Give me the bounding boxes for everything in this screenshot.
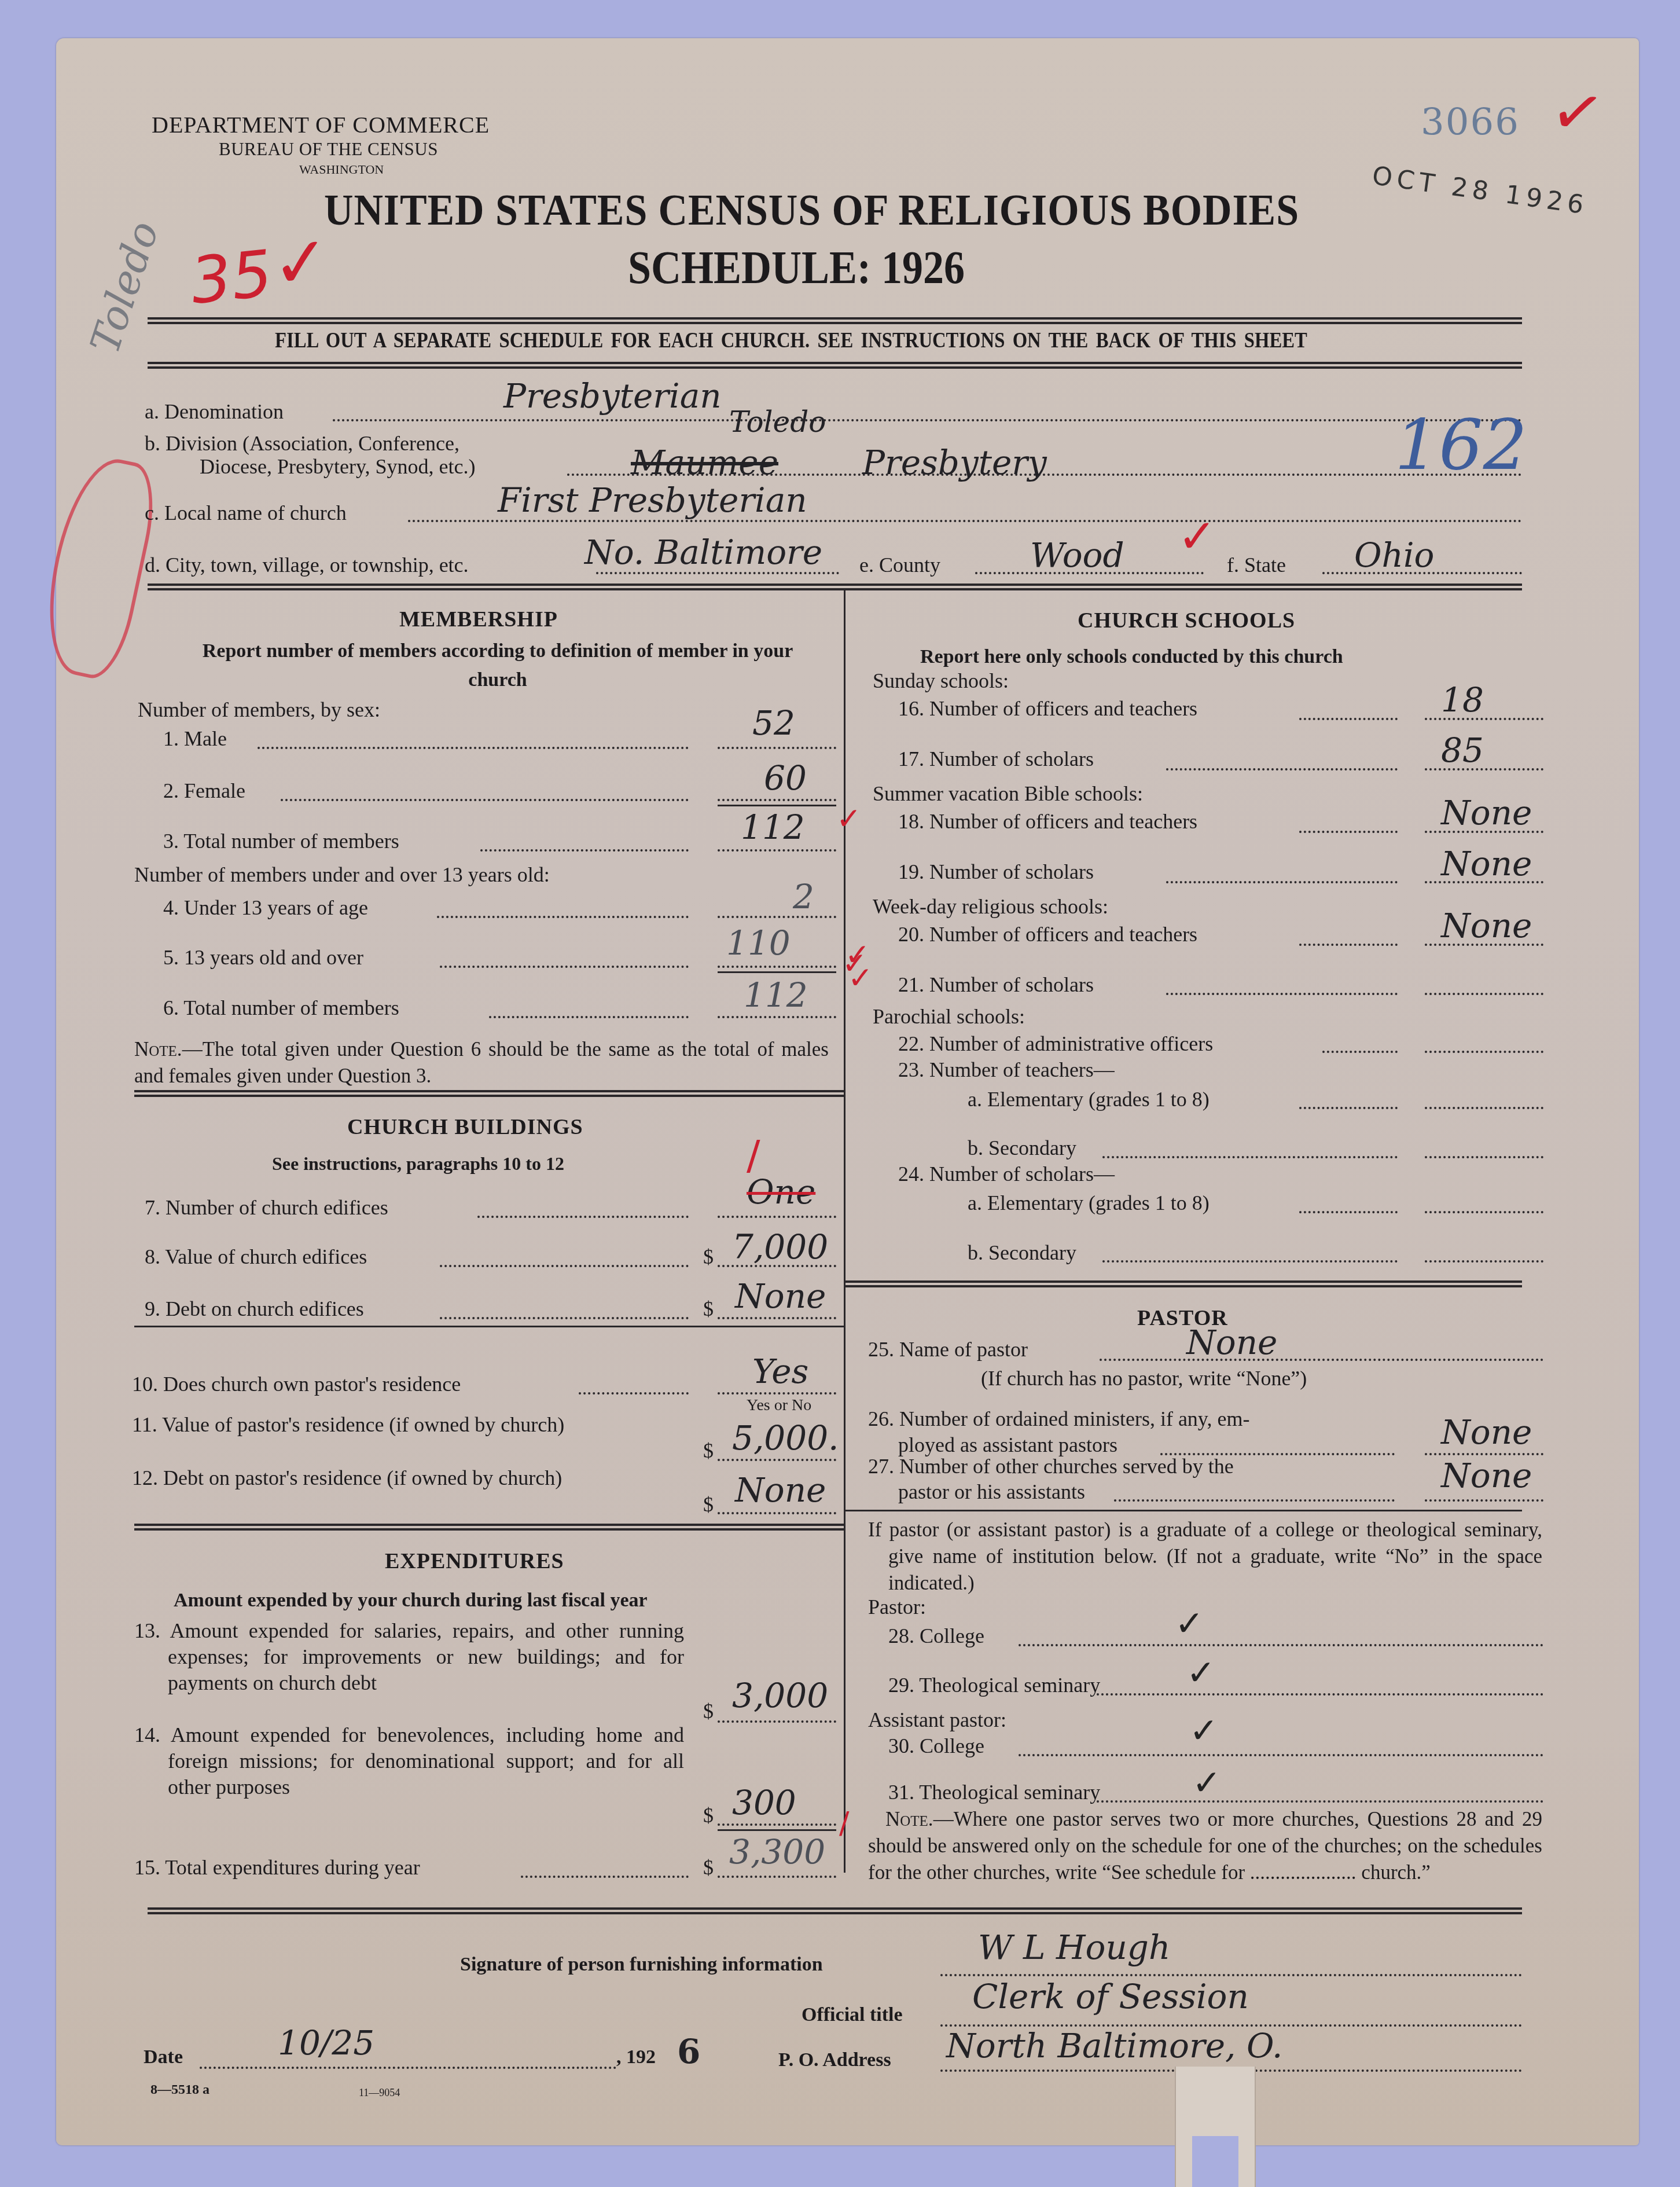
po-address-label: P. O. Address: [778, 2049, 891, 2071]
graduate-instructions: If pastor (or assistant pastor) is a gra…: [868, 1517, 1542, 1597]
scholars-secondary-label: b. Secondary: [968, 1241, 1076, 1265]
weekday-schools-label: Week-day religious schools:: [873, 894, 1108, 919]
department-name: DEPARTMENT OF COMMERCE: [152, 111, 490, 138]
total-members-age-field[interactable]: [718, 1016, 836, 1018]
leader-dots: [258, 747, 689, 749]
edifice-value-value: 7,000: [732, 1227, 828, 1267]
leader-dots: [440, 1265, 689, 1267]
leader-dots: [521, 1876, 689, 1878]
dollar-sign: $: [703, 1297, 714, 1321]
red-check-icon: /: [839, 1806, 850, 1841]
sum-rule: [718, 971, 836, 973]
total-expenditures-label: 15. Total expenditures during year: [134, 1855, 420, 1880]
summer-teachers-label: 18. Number of officers and teachers: [898, 809, 1197, 834]
total-expenditures-value: 3,300: [729, 1832, 825, 1872]
expenditures-subtitle: Amount expended by your church during la…: [174, 1586, 648, 1615]
bureau-city: WASHINGTON: [299, 162, 384, 177]
teachers-label: 23. Number of teachers—: [898, 1058, 1115, 1082]
division-label: b. Division (Association, Conference,: [145, 431, 459, 456]
members-by-sex-label: Number of members, by sex:: [138, 698, 380, 722]
assistant-seminary-label: 31. Theological seminary: [888, 1780, 1100, 1804]
running-expenses-value: 3,000: [732, 1676, 828, 1715]
edifice-count-value: One: [747, 1172, 815, 1212]
weekday-teachers-label: 20. Number of officers and teachers: [898, 922, 1197, 946]
other-churches-label-cont: pastor or his assistants: [898, 1480, 1085, 1504]
division-struck-value: Maumee: [631, 443, 778, 482]
official-title-label: Official title: [802, 2004, 903, 2026]
summer-scholars-label: 19. Number of scholars: [898, 860, 1094, 884]
scholars-elementary-label: a. Elementary (grades 1 to 8): [968, 1191, 1210, 1215]
city-field[interactable]: [596, 572, 839, 574]
age-group-label: Number of members under and over 13 year…: [134, 863, 550, 887]
pastor-college-label: 28. College: [888, 1624, 984, 1648]
column-divider: [844, 590, 845, 1873]
double-rule: [845, 1280, 1522, 1287]
residence-value-field[interactable]: [718, 1459, 836, 1461]
local-name-value: First Presbyterian: [498, 480, 807, 520]
check-icon: ✓: [1189, 1711, 1218, 1751]
leader-dots: [480, 849, 689, 852]
check-icon: ✓: [1175, 1603, 1204, 1644]
membership-note: Note.—The total given under Question 6 s…: [134, 1036, 829, 1089]
owns-residence-field[interactable]: [718, 1392, 836, 1395]
total-expenditures-field[interactable]: [718, 1876, 836, 1878]
check-icon: ✓: [1186, 1653, 1215, 1693]
leader-dots: [477, 1216, 689, 1218]
sunday-scholars-value: 85: [1441, 731, 1484, 770]
benevolences-field[interactable]: [718, 1823, 836, 1826]
owns-residence-label: 10. Does church own pastor's residence: [132, 1372, 461, 1396]
check-icon: ✓: [1192, 1763, 1221, 1803]
over-13-field[interactable]: [718, 966, 836, 968]
sunday-teachers-value: 18: [1441, 680, 1484, 720]
double-rule: [134, 1090, 844, 1097]
residence-debt-value: None: [735, 1470, 826, 1510]
pastor-college-field[interactable]: [1019, 1644, 1543, 1646]
leader-dots: [1102, 1156, 1398, 1158]
city-label: d. City, town, village, or township, etc…: [145, 553, 469, 577]
edifice-count-field[interactable]: [718, 1216, 836, 1218]
under-13-label: 4. Under 13 years of age: [163, 896, 368, 920]
scholars-secondary-field[interactable]: [1425, 1260, 1543, 1263]
sum-rule: [718, 1829, 836, 1831]
summer-scholars-value: None: [1441, 844, 1532, 883]
leader-dots: [437, 916, 689, 918]
assistant-ministers-field[interactable]: [1425, 1453, 1543, 1455]
owns-residence-value: Yes: [752, 1352, 808, 1391]
teachers-secondary-field[interactable]: [1425, 1156, 1543, 1158]
total-members-value: 112: [741, 808, 805, 847]
county-label: e. County: [859, 553, 940, 577]
note-text: —Where one pastor serves two or more chu…: [868, 1808, 1542, 1884]
leader-dots: [489, 1016, 689, 1018]
over-13-label: 5. 13 years old and over: [163, 945, 363, 970]
form-title: UNITED STATES CENSUS OF RELIGIOUS BODIES: [324, 185, 1299, 236]
leader-dots: [1299, 1107, 1398, 1109]
scholars-elementary-field[interactable]: [1425, 1211, 1543, 1213]
leader-dots: [1299, 944, 1398, 946]
teachers-elementary-field[interactable]: [1425, 1107, 1543, 1109]
edifice-debt-field[interactable]: [718, 1317, 836, 1319]
date-field[interactable]: [200, 2067, 616, 2069]
red-check-icon: ✓: [848, 961, 873, 996]
division-value: Presbytery: [862, 443, 1047, 482]
teachers-secondary-label: b. Secondary: [968, 1136, 1076, 1160]
dollar-sign: $: [703, 1855, 714, 1880]
pastor-name-field[interactable]: [1100, 1359, 1543, 1361]
leader-dots: [1166, 768, 1398, 770]
double-rule: [148, 584, 1522, 590]
total-members-age-value: 112: [744, 975, 808, 1015]
red-tally-number: 35: [188, 236, 276, 318]
leader-dots: [579, 1392, 689, 1395]
pastor-name-hint: (If church has no pastor, write “None”): [981, 1366, 1307, 1390]
weekday-scholars-label: 21. Number of scholars: [898, 973, 1094, 997]
assistant-college-label: 30. College: [888, 1734, 984, 1758]
sunday-scholars-label: 17. Number of scholars: [898, 747, 1094, 771]
parochial-schools-label: Parochial schools:: [873, 1004, 1025, 1029]
file-number-stamp: 3066: [1421, 101, 1520, 144]
division-insert-value: Toledo: [729, 405, 826, 439]
division-label-cont: Diocese, Presbytery, Synod, etc.): [200, 454, 476, 479]
state-label: f. State: [1227, 553, 1286, 577]
leader-dots: [1166, 993, 1398, 995]
pastor-name-value: None: [1186, 1323, 1277, 1362]
leader-dots: [440, 966, 689, 968]
church-schools-subtitle: Report here only schools conducted by th…: [920, 643, 1343, 671]
note-lead: Note.: [885, 1808, 933, 1830]
admin-officers-label: 22. Number of administrative officers: [898, 1032, 1213, 1056]
official-title-value: Clerk of Session: [972, 1977, 1249, 2016]
dollar-sign: $: [703, 1245, 714, 1269]
sunday-teachers-label: 16. Number of officers and teachers: [898, 696, 1197, 721]
double-rule: [148, 1907, 1522, 1914]
admin-officers-field[interactable]: [1425, 1051, 1543, 1053]
male-label: 1. Male: [163, 726, 227, 751]
red-check-icon: ✓: [269, 221, 333, 306]
under-13-field[interactable]: [718, 916, 836, 918]
paper-tear-gap: [1192, 2136, 1238, 2187]
teachers-elementary-label: a. Elementary (grades 1 to 8): [968, 1087, 1210, 1111]
rule: [134, 1326, 844, 1327]
double-rule: [148, 317, 1522, 324]
under-13-value: 2: [793, 877, 814, 916]
form-schedule-year: SCHEDULE: 1926: [628, 242, 965, 295]
church-buildings-heading: CHURCH BUILDINGS: [347, 1114, 583, 1140]
print-code: 11—9054: [359, 2087, 400, 2099]
blue-code-number: 162: [1395, 405, 1527, 486]
assistant-ministers-label-cont: ployed as assistant pastors: [898, 1433, 1117, 1457]
assistant-pastor-subheading: Assistant pastor:: [868, 1708, 1006, 1732]
total-members-field[interactable]: [718, 849, 836, 852]
summer-teachers-value: None: [1441, 793, 1532, 832]
male-field[interactable]: [718, 747, 836, 749]
dollar-sign: $: [703, 1803, 714, 1828]
running-expenses-label: 13. Amount expended for salaries, repair…: [134, 1618, 684, 1696]
total-members-age-label: 6. Total number of members: [163, 996, 399, 1020]
leader-dots: [1322, 1051, 1398, 1053]
edifice-count-label: 7. Number of church edifices: [145, 1195, 388, 1220]
bureau-name: BUREAU OF THE CENSUS: [219, 139, 438, 160]
dollar-sign: $: [703, 1492, 714, 1517]
form-number: 8—5518 a: [150, 2082, 209, 2098]
leader-dots: [1114, 1499, 1395, 1502]
pastor-subheading: Pastor:: [868, 1595, 926, 1619]
po-address-value: North Baltimore, O.: [946, 2026, 1283, 2065]
other-churches-field[interactable]: [1425, 1499, 1543, 1502]
edifice-debt-label: 9. Debt on church edifices: [145, 1297, 364, 1321]
parochial-scholars-label: 24. Number of scholars—: [898, 1162, 1115, 1186]
dollar-sign: $: [703, 1699, 714, 1723]
edifice-debt-value: None: [735, 1276, 826, 1316]
signature-field[interactable]: [940, 1974, 1522, 1976]
city-value: No. Baltimore: [584, 533, 822, 572]
membership-heading: MEMBERSHIP: [399, 607, 558, 632]
sum-rule: [718, 805, 836, 806]
female-label: 2. Female: [163, 779, 245, 803]
church-schools-heading: CHURCH SCHOOLS: [1078, 608, 1295, 633]
red-check-icon: ✓: [836, 802, 862, 836]
yes-or-no-hint: Yes or No: [747, 1396, 811, 1415]
instructions-banner: FILL OUT A SEPARATE SCHEDULE FOR EACH CH…: [275, 328, 1307, 353]
signature-label: Signature of person furnishing informati…: [460, 1954, 823, 1976]
red-check-icon: ✓: [1178, 509, 1216, 563]
pastor-note: Note.—Where one pastor serves two or mor…: [868, 1806, 1542, 1886]
note-text: —The total given under Question 6 should…: [134, 1038, 829, 1087]
leader-dots: [1299, 1211, 1398, 1213]
assistant-college-field[interactable]: [1019, 1754, 1543, 1756]
residence-debt-label: 12. Debt on pastor's residence (if owned…: [132, 1465, 688, 1491]
edifice-value-label: 8. Value of church edifices: [145, 1245, 367, 1269]
male-value: 52: [752, 703, 795, 743]
sunday-schools-label: Sunday schools:: [873, 669, 1009, 693]
total-members-label: 3. Total number of members: [163, 829, 399, 853]
residence-value-label: 11. Value of pastor's residence (if owne…: [132, 1411, 688, 1438]
denomination-field[interactable]: [333, 419, 1522, 421]
benevolences-value: 300: [732, 1783, 796, 1822]
leader-dots: [281, 799, 689, 801]
year-value: 6: [677, 2032, 700, 2071]
assistant-seminary-field[interactable]: [1097, 1800, 1543, 1803]
leader-dots: [1102, 1260, 1398, 1263]
double-rule: [134, 1524, 844, 1531]
summer-schools-label: Summer vacation Bible schools:: [873, 781, 1143, 806]
benevolences-label: 14. Amount expended for benevolences, in…: [134, 1722, 684, 1800]
female-value: 60: [764, 758, 807, 798]
pastor-seminary-field[interactable]: [1097, 1693, 1543, 1696]
local-name-label: c. Local name of church: [145, 501, 347, 525]
membership-subtitle: Report number of members according to de…: [174, 637, 822, 695]
pastor-seminary-label: 29. Theological seminary: [888, 1673, 1100, 1697]
other-churches-label: 27. Number of other churches served by t…: [868, 1454, 1234, 1478]
double-rule: [148, 362, 1522, 369]
running-expenses-field[interactable]: [718, 1720, 836, 1723]
leader-dots: [440, 1317, 689, 1319]
date-value: 10/25: [278, 2023, 374, 2063]
state-value: Ohio: [1354, 535, 1434, 575]
year-prefix: , 192: [616, 2046, 656, 2068]
date-label: Date: [144, 2046, 183, 2068]
expenditures-heading: EXPENDITURES: [385, 1548, 564, 1574]
over-13-value: 110: [726, 923, 791, 963]
dollar-sign: $: [703, 1439, 714, 1463]
denomination-value: Presbyterian: [503, 376, 722, 416]
weekday-teachers-value: None: [1441, 906, 1532, 945]
female-field[interactable]: [718, 799, 836, 801]
note-lead: Note.: [134, 1038, 182, 1061]
leader-dots: [1299, 718, 1398, 720]
assistant-ministers-label: 26. Number of ordained ministers, if any…: [868, 1407, 1250, 1431]
weekday-scholars-field[interactable]: [1425, 993, 1543, 995]
signature-value: W L Hough: [978, 1928, 1170, 1967]
other-churches-value: None: [1441, 1456, 1532, 1495]
residence-debt-field[interactable]: [718, 1512, 836, 1514]
pastor-name-label: 25. Name of pastor: [868, 1337, 1028, 1362]
residence-value-value: 5,000.: [732, 1418, 839, 1458]
leader-dots: [1299, 831, 1398, 833]
church-buildings-subtitle: See instructions, paragraphs 10 to 12: [272, 1149, 564, 1178]
denomination-label: a. Denomination: [145, 399, 284, 424]
leader-dots: [1166, 881, 1398, 883]
rule: [845, 1510, 1522, 1511]
assistant-ministers-value: None: [1441, 1412, 1532, 1452]
county-value: Wood: [1030, 535, 1124, 575]
local-name-field[interactable]: [408, 520, 1522, 522]
